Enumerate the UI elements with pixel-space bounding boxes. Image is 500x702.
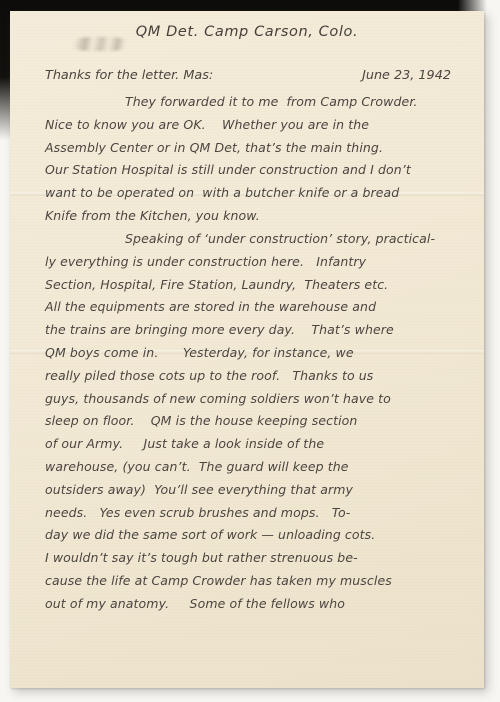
scan-background: QM Det. Camp Carson, Colo. Thanks for th… [0,0,500,702]
letter-line: the trains are bringing more every day. … [45,319,480,342]
scan-backdrop-left [0,0,10,140]
letter-line: of our Army. Just take a look inside of … [45,433,480,456]
date: June 23, 1942 [362,68,451,83]
scan-backdrop-top [0,0,487,11]
letter-paper: QM Det. Camp Carson, Colo. Thanks for th… [10,11,484,688]
letter-line: day we did the same sort of work — unloa… [45,524,480,547]
letter-line: Our Station Hospital is still under cons… [45,159,480,182]
letter-line: Section, Hospital, Fire Station, Laundry… [45,274,480,297]
letter-line: Knife from the Kitchen, you know. [45,205,480,228]
letter-line: All the equipments are stored in the war… [45,296,480,319]
letter-line: needs. Yes even scrub brushes and mops. … [45,502,480,525]
letter-line: QM boys come in. Yesterday, for instance… [45,342,480,365]
salutation-row: Thanks for the letter. Mas: June 23, 194… [45,68,451,83]
letter-line: They forwarded it to me from Camp Crowde… [45,91,480,114]
letter-line: cause the life at Camp Crowder has taken… [45,570,480,593]
letter-line: guys, thousands of new coming soldiers w… [45,388,480,411]
letter-line: really piled those cots up to the roof. … [45,365,480,388]
letter-line: want to be operated on with a butcher kn… [45,182,480,205]
letter-line: ly everything is under construction here… [45,251,480,274]
letter-line: sleep on floor. QM is the house keeping … [45,410,480,433]
letter-line: outsiders away) You’ll see everything th… [45,479,480,502]
letter-line: Assembly Center or in QM Det, that’s the… [45,137,480,160]
salutation: Thanks for the letter. Mas: [45,68,213,83]
smudge-mark [70,37,130,51]
letter-line: out of my anatomy. Some of the fellows w… [45,593,480,616]
letter-line: Speaking of ‘under construction’ story, … [45,228,480,251]
letter-line: I wouldn’t say it’s tough but rather str… [45,547,480,570]
letter-body: They forwarded it to me from Camp Crowde… [45,91,480,616]
letter-line: warehouse, (you can’t. The guard will ke… [45,456,480,479]
letter-line: Nice to know you are OK. Whether you are… [45,114,480,137]
